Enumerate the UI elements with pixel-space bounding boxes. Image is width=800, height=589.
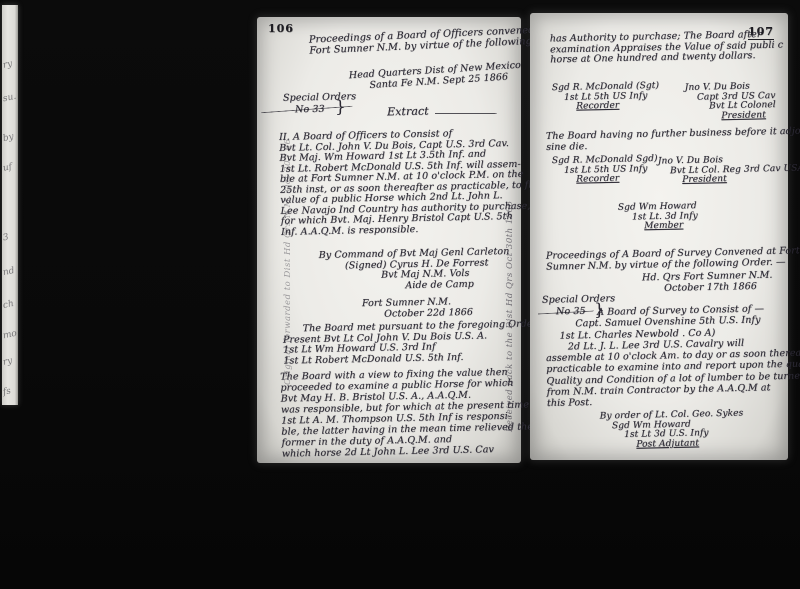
meeting-dateline: Fort Sumner N.M.October 22d 1866 — [362, 297, 473, 320]
illegible-fragment: su. — [2, 92, 17, 105]
right-page: 107 has Authority to purchase; The Board… — [530, 13, 788, 460]
left-page-heading: Proceedings of a Board of Officers conve… — [309, 24, 568, 56]
examination-paragraph: The Board with a view to fixing the valu… — [280, 366, 533, 459]
left-page-sliver: ry su. by uf 3 nd ch mo ry fs — [2, 5, 18, 405]
board-met-paragraph: The Board met pursuant to the foregoing … — [283, 319, 540, 366]
survey-heading: Proceedings of A Board of Survey Convene… — [546, 246, 800, 272]
extract-label: Extract — [387, 105, 429, 119]
flourish-line — [435, 113, 497, 114]
illegible-fragment: mo — [2, 329, 18, 342]
illegible-fragment: ry — [2, 59, 13, 71]
continuation-paragraph: has Authority to purchase; The Board aft… — [550, 30, 784, 66]
margin-note: Original forwarded to Dist Hd Qrs N.M. O… — [283, 155, 293, 385]
page-number-106: 106 — [268, 22, 294, 35]
signature-block-1-recorder: Sgd R. McDonald (Sgt)1st Lt 5th US InfyR… — [552, 82, 660, 113]
illegible-fragment: fs — [2, 386, 12, 397]
illegible-fragment: uf — [2, 162, 13, 174]
illegible-fragment: ch — [2, 299, 15, 311]
paragraph-ii: II. A Board of Officers to Consist ofBvt… — [279, 127, 557, 238]
signature-block-2-recorder: Sgd R. McDonald Sgd)1st Lt 5th US InfyRe… — [552, 155, 658, 186]
survey-order-paragraph: A Board of Survey to Consist of —Capt. S… — [545, 302, 800, 410]
left-page: 106 Proceedings of a Board of Officers c… — [257, 17, 521, 463]
illegible-fragment: ry — [2, 356, 13, 368]
gutter-note: Received back to the Dist Hd Qrs Oct 30t… — [505, 132, 515, 432]
survey-hq-dateline: Hd. Qrs Fort Sumner N.M.October 17th 186… — [642, 271, 773, 295]
illegible-fragment: by — [2, 132, 15, 144]
illegible-fragment: nd — [2, 266, 15, 278]
signature-block-member: Sgd Wm Howard1st Lt. 3d InfyMember — [618, 202, 698, 232]
by-command-signature: By Command of Bvt Maj Genl Carleton(Sign… — [319, 247, 511, 293]
microfilm-scan: ry su. by uf 3 nd ch mo ry fs 106 Procee… — [0, 0, 800, 589]
headquarters-dateline: Head Quarters Dist of New MexicoSanta Fe… — [349, 61, 522, 92]
illegible-fragment: 3 — [2, 233, 10, 244]
signature-block-2-president: Jno V. Du BoisBvt Lt Col. Reg 3rd Cav US… — [658, 154, 800, 186]
adjournment-paragraph: The Board having no further business bef… — [546, 126, 800, 153]
post-adjutant-signature: By order of Lt. Col. Geo. SykesSgd Wm Ho… — [600, 410, 744, 451]
signature-block-1-president: Jno V. Du BoisCapt 3rd US CavBvt Lt Colo… — [685, 82, 776, 122]
